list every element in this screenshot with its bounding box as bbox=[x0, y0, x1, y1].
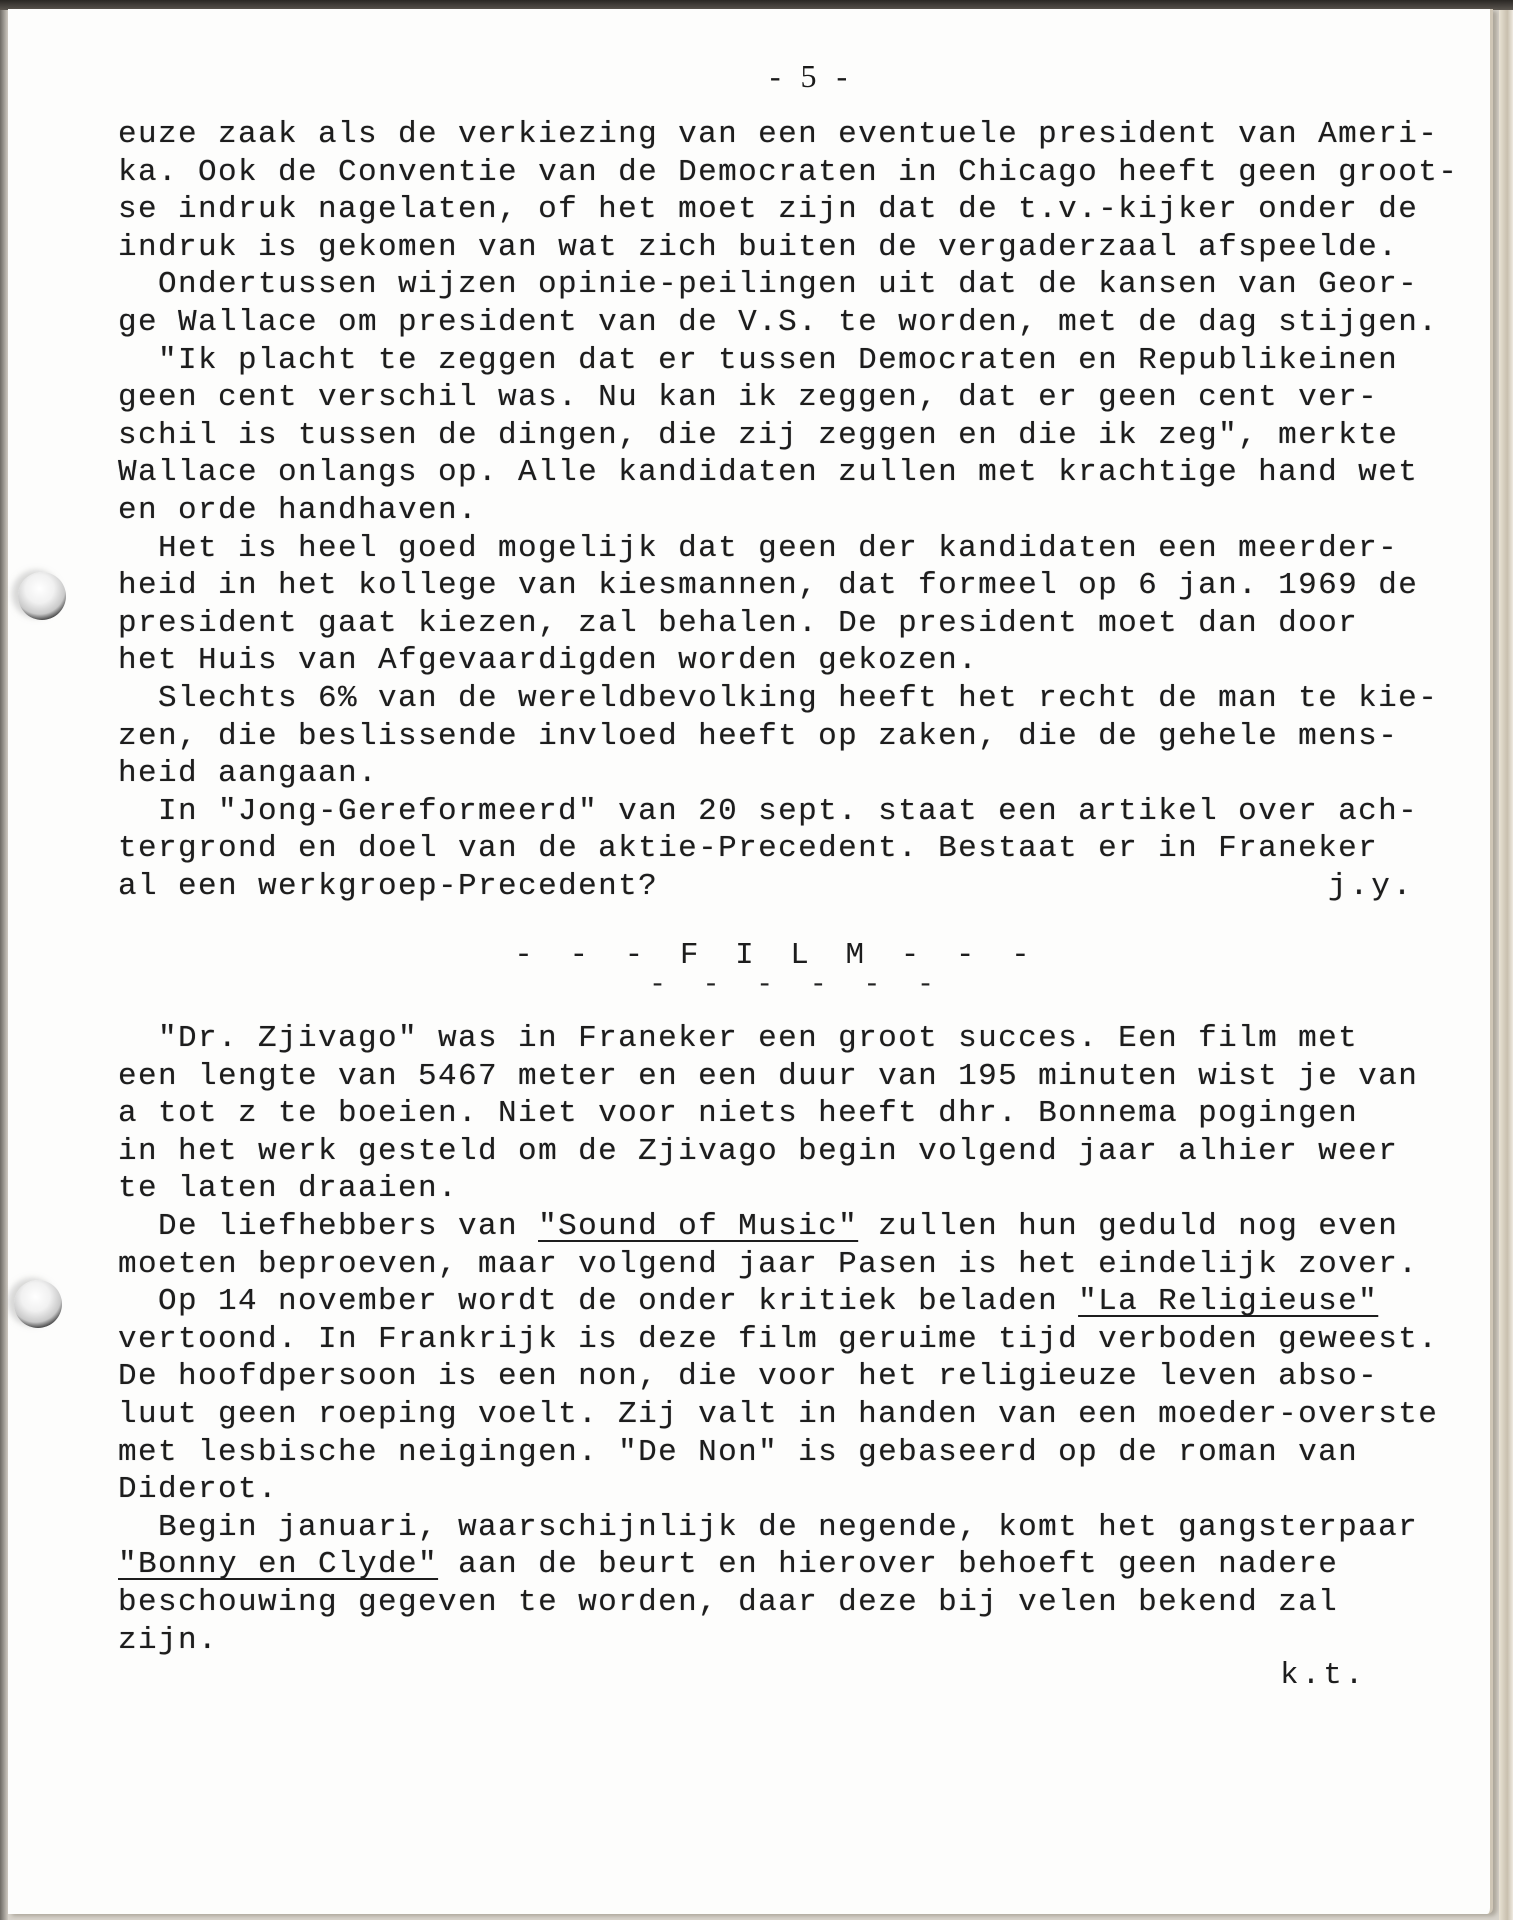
text-segment: Begin januari, waarschijnlijk de negende… bbox=[158, 1510, 1418, 1545]
text-line: euze zaak als de verkiezing van een even… bbox=[118, 116, 1458, 154]
text-line: In "Jong-Gereformeerd" van 20 sept. staa… bbox=[118, 793, 1458, 831]
text-line: "Dr. Zjivago" was in Franeker een groot … bbox=[118, 1020, 1438, 1058]
text-line: luut geen roeping voelt. Zij valt in han… bbox=[118, 1396, 1438, 1434]
text-segment: beschouwing gegeven te worden, daar deze… bbox=[118, 1585, 1338, 1620]
text-line: schil is tussen de dingen, die zij zegge… bbox=[118, 417, 1458, 455]
text-line: vertoond. In Frankrijk is deze film geru… bbox=[118, 1321, 1438, 1359]
text-segment: a tot z te boeien. Niet voor niets heeft… bbox=[118, 1096, 1358, 1131]
text-line: De hoofdpersoon is een non, die voor het… bbox=[118, 1358, 1438, 1396]
punch-hole-icon bbox=[14, 1280, 62, 1328]
section-heading-film: - - - F I L M - - - bbox=[0, 938, 1513, 973]
text-line: het Huis van Afgevaardigden worden gekoz… bbox=[118, 642, 1458, 680]
text-segment: De hoofdpersoon is een non, die voor het… bbox=[118, 1359, 1378, 1394]
heading-underline: - - - - - - bbox=[0, 970, 1513, 1001]
text-line: in het werk gesteld om de Zjivago begin … bbox=[118, 1133, 1438, 1171]
text-segment: te laten draaien. bbox=[118, 1171, 458, 1206]
text-segment: zullen hun geduld nog even bbox=[858, 1209, 1398, 1244]
text-line: al een werkgroep-Precedent?j.y. bbox=[118, 868, 1458, 906]
text-line: ge Wallace om president van de V.S. te w… bbox=[118, 304, 1458, 342]
article-film: "Dr. Zjivago" was in Franeker een groot … bbox=[118, 1020, 1438, 1659]
text-line: tergrond en doel van de aktie-Precedent.… bbox=[118, 830, 1458, 868]
text-segment: luut geen roeping voelt. Zij valt in han… bbox=[118, 1397, 1438, 1432]
film-signature: k.t. bbox=[1280, 1658, 1366, 1693]
text-segment: zijn. bbox=[118, 1623, 218, 1658]
text-segment: een lengte van 5467 meter en een duur va… bbox=[118, 1059, 1418, 1094]
text-line: De liefhebbers van "Sound of Music" zull… bbox=[118, 1208, 1438, 1246]
text-line: "Bonny en Clyde" aan de beurt en hierove… bbox=[118, 1546, 1438, 1584]
text-line: se indruk nagelaten, of het moet zijn da… bbox=[118, 191, 1458, 229]
text-line: heid in het kollege van kiesmannen, dat … bbox=[118, 567, 1458, 605]
text-line: beschouwing gegeven te worden, daar deze… bbox=[118, 1584, 1438, 1622]
text-line: zijn. bbox=[118, 1622, 1438, 1660]
text-line: ka. Ook de Conventie van de Democraten i… bbox=[118, 154, 1458, 192]
text-line: Begin januari, waarschijnlijk de negende… bbox=[118, 1509, 1438, 1547]
text-line: te laten draaien. bbox=[118, 1170, 1438, 1208]
punch-hole-icon bbox=[18, 572, 66, 620]
text-segment: vertoond. In Frankrijk is deze film geru… bbox=[118, 1322, 1438, 1357]
text-line: moeten beproeven, maar volgend jaar Pase… bbox=[118, 1246, 1438, 1284]
text-line: Slechts 6% van de wereldbevolking heeft … bbox=[118, 680, 1458, 718]
text-line: een lengte van 5467 meter en een duur va… bbox=[118, 1058, 1438, 1096]
text-line: Diderot. bbox=[118, 1471, 1438, 1509]
text-segment: met lesbische neigingen. "De Non" is geb… bbox=[118, 1435, 1358, 1470]
text-segment: "Dr. Zjivago" was in Franeker een groot … bbox=[158, 1021, 1358, 1056]
text-segment: aan de beurt en hierover behoeft geen na… bbox=[438, 1547, 1338, 1582]
text-line: a tot z te boeien. Niet voor niets heeft… bbox=[118, 1095, 1438, 1133]
text-segment: in het werk gesteld om de Zjivago begin … bbox=[118, 1134, 1398, 1169]
text-line: zen, die beslissende invloed heeft op za… bbox=[118, 718, 1458, 756]
text-line: Op 14 november wordt de onder kritiek be… bbox=[118, 1283, 1438, 1321]
text-line: met lesbische neigingen. "De Non" is geb… bbox=[118, 1434, 1438, 1472]
underlined-film-title: "Sound of Music" bbox=[538, 1209, 858, 1244]
underlined-film-title: "La Religieuse" bbox=[1078, 1284, 1378, 1319]
underlined-film-title: "Bonny en Clyde" bbox=[118, 1547, 438, 1582]
text-line: president gaat kiezen, zal behalen. De p… bbox=[118, 605, 1458, 643]
text-line: heid aangaan. bbox=[118, 755, 1458, 793]
text-line: Ondertussen wijzen opinie-peilingen uit … bbox=[118, 266, 1458, 304]
page-number: - 5 - bbox=[0, 58, 1513, 95]
text-line: "Ik placht te zeggen dat er tussen Democ… bbox=[118, 342, 1458, 380]
text-line: indruk is gekomen van wat zich buiten de… bbox=[118, 229, 1458, 267]
text-segment: De liefhebbers van bbox=[158, 1209, 538, 1244]
text-line: Het is heel goed mogelijk dat geen der k… bbox=[118, 530, 1458, 568]
text-line: geen cent verschil was. Nu kan ik zeggen… bbox=[118, 379, 1458, 417]
text-segment: Op 14 november wordt de onder kritiek be… bbox=[158, 1284, 1078, 1319]
article-politics: euze zaak als de verkiezing van een even… bbox=[118, 116, 1458, 905]
text-segment: moeten beproeven, maar volgend jaar Pase… bbox=[118, 1247, 1418, 1282]
article-signature: j.y. bbox=[1328, 868, 1414, 906]
text-line: en orde handhaven. bbox=[118, 492, 1458, 530]
text-segment: Diderot. bbox=[118, 1472, 278, 1507]
text-line: Wallace onlangs op. Alle kandidaten zull… bbox=[118, 454, 1458, 492]
